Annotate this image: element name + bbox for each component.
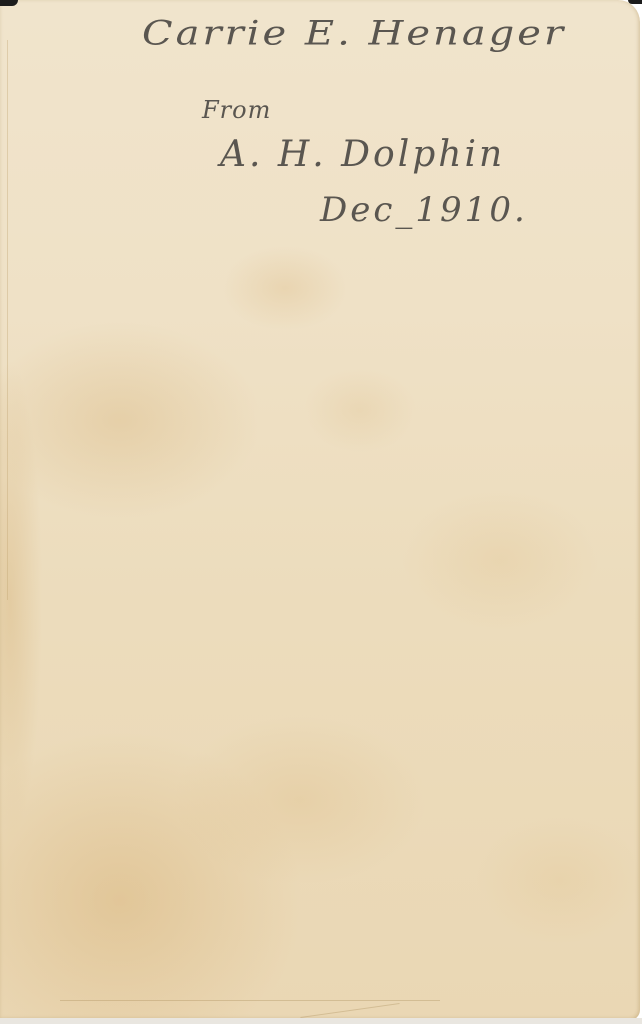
- paper-crease: [60, 1000, 440, 1001]
- recipient-name: Carrie E. Henager: [142, 14, 566, 53]
- from-label: From: [202, 96, 271, 124]
- aged-paper-sheet: Carrie E. Henager From A. H. Dolphin Dec…: [0, 0, 640, 1020]
- dark-corner-background-right: [628, 0, 642, 4]
- paper-fold-line: [7, 40, 8, 600]
- inscription-date: Dec_1910.: [320, 190, 528, 230]
- scan-bottom-margin: [0, 1018, 642, 1024]
- sender-name: A. H. Dolphin: [220, 134, 505, 175]
- scanned-page: Carrie E. Henager From A. H. Dolphin Dec…: [0, 0, 642, 1024]
- paper-tear: [300, 1003, 399, 1018]
